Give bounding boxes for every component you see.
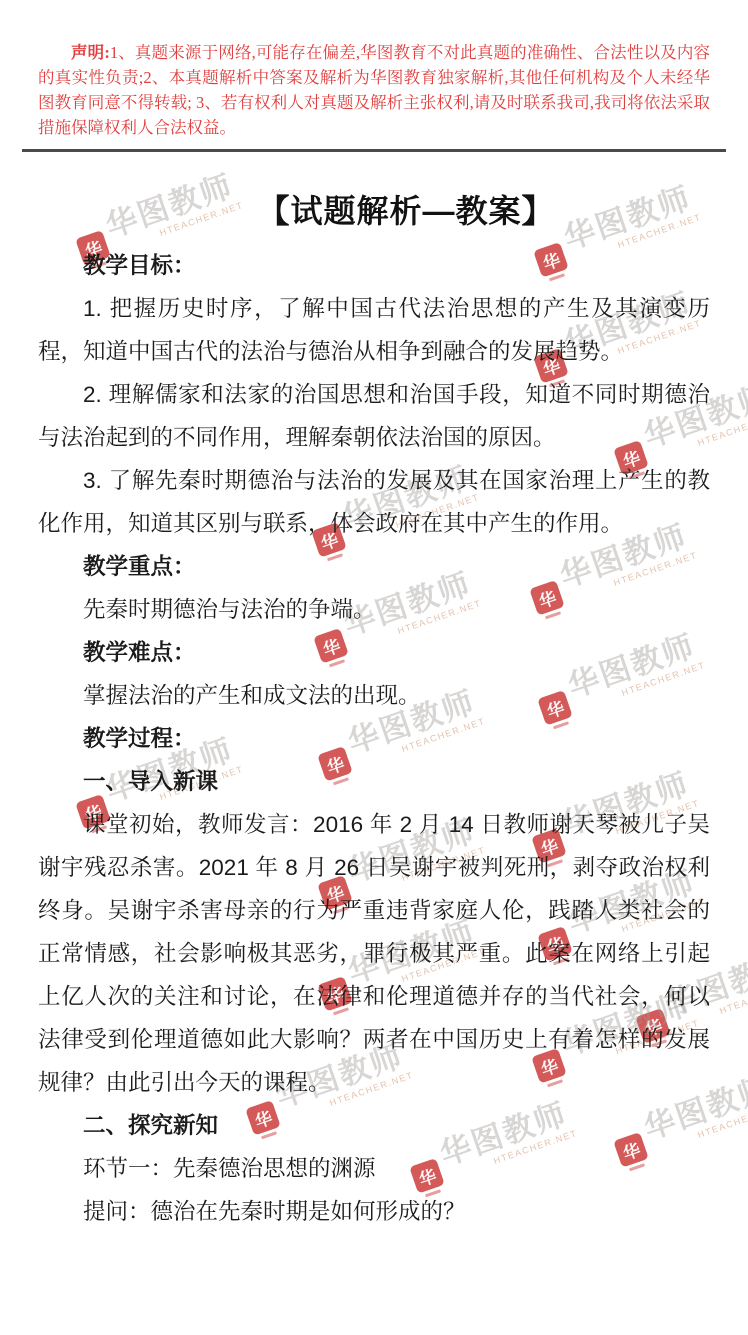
paragraph: 提问：德治在先秦时期是如何形成的？ <box>38 1190 710 1233</box>
section-heading: 教学目标： <box>38 244 710 287</box>
header-divider <box>22 149 726 152</box>
disclaimer-label: 声明: <box>71 43 110 62</box>
section-heading: 一、导入新课 <box>38 760 710 803</box>
document-content: 声明:1、真题来源于网络,可能存在偏差,华图教育不对此真题的准确性、合法性以及内… <box>0 0 748 1233</box>
section-heading: 教学重点： <box>38 545 710 588</box>
paragraph: 2. 理解儒家和法家的治国思想和治国手段，知道不同时期德治与法治起到的不同作用，… <box>38 373 710 459</box>
paragraph: 掌握法治的产生和成文法的出现。 <box>38 674 710 717</box>
paragraph: 课堂初始，教师发言：2016 年 2 月 14 日教师谢天琴被儿子吴谢宇残忍杀害… <box>38 803 710 1104</box>
paragraph: 3. 了解先秦时期德治与法治的发展及其在国家治理上产生的教化作用，知道其区别与联… <box>38 459 710 545</box>
section-heading: 教学过程： <box>38 717 710 760</box>
paragraph: 环节一：先秦德治思想的渊源 <box>38 1147 710 1190</box>
disclaimer: 声明:1、真题来源于网络,可能存在偏差,华图教育不对此真题的准确性、合法性以及内… <box>38 40 710 140</box>
document-body: 教学目标：1. 把握历史时序，了解中国古代法治思想的产生及其演变历程，知道中国古… <box>38 244 710 1233</box>
paragraph: 先秦时期德治与法治的争端。 <box>38 588 710 631</box>
section-heading: 二、探究新知 <box>38 1104 710 1147</box>
document-page: 华华图教师HTEACHER.NET华华图教师HTEACHER.NET华华图教师H… <box>0 0 748 1335</box>
paragraph: 1. 把握历史时序，了解中国古代法治思想的产生及其演变历程，知道中国古代的法治与… <box>38 287 710 373</box>
section-heading: 教学难点： <box>38 631 710 674</box>
disclaimer-text: 1、真题来源于网络,可能存在偏差,华图教育不对此真题的准确性、合法性以及内容的真… <box>38 43 710 137</box>
page-title: 【试题解析—教案】 <box>38 188 710 234</box>
